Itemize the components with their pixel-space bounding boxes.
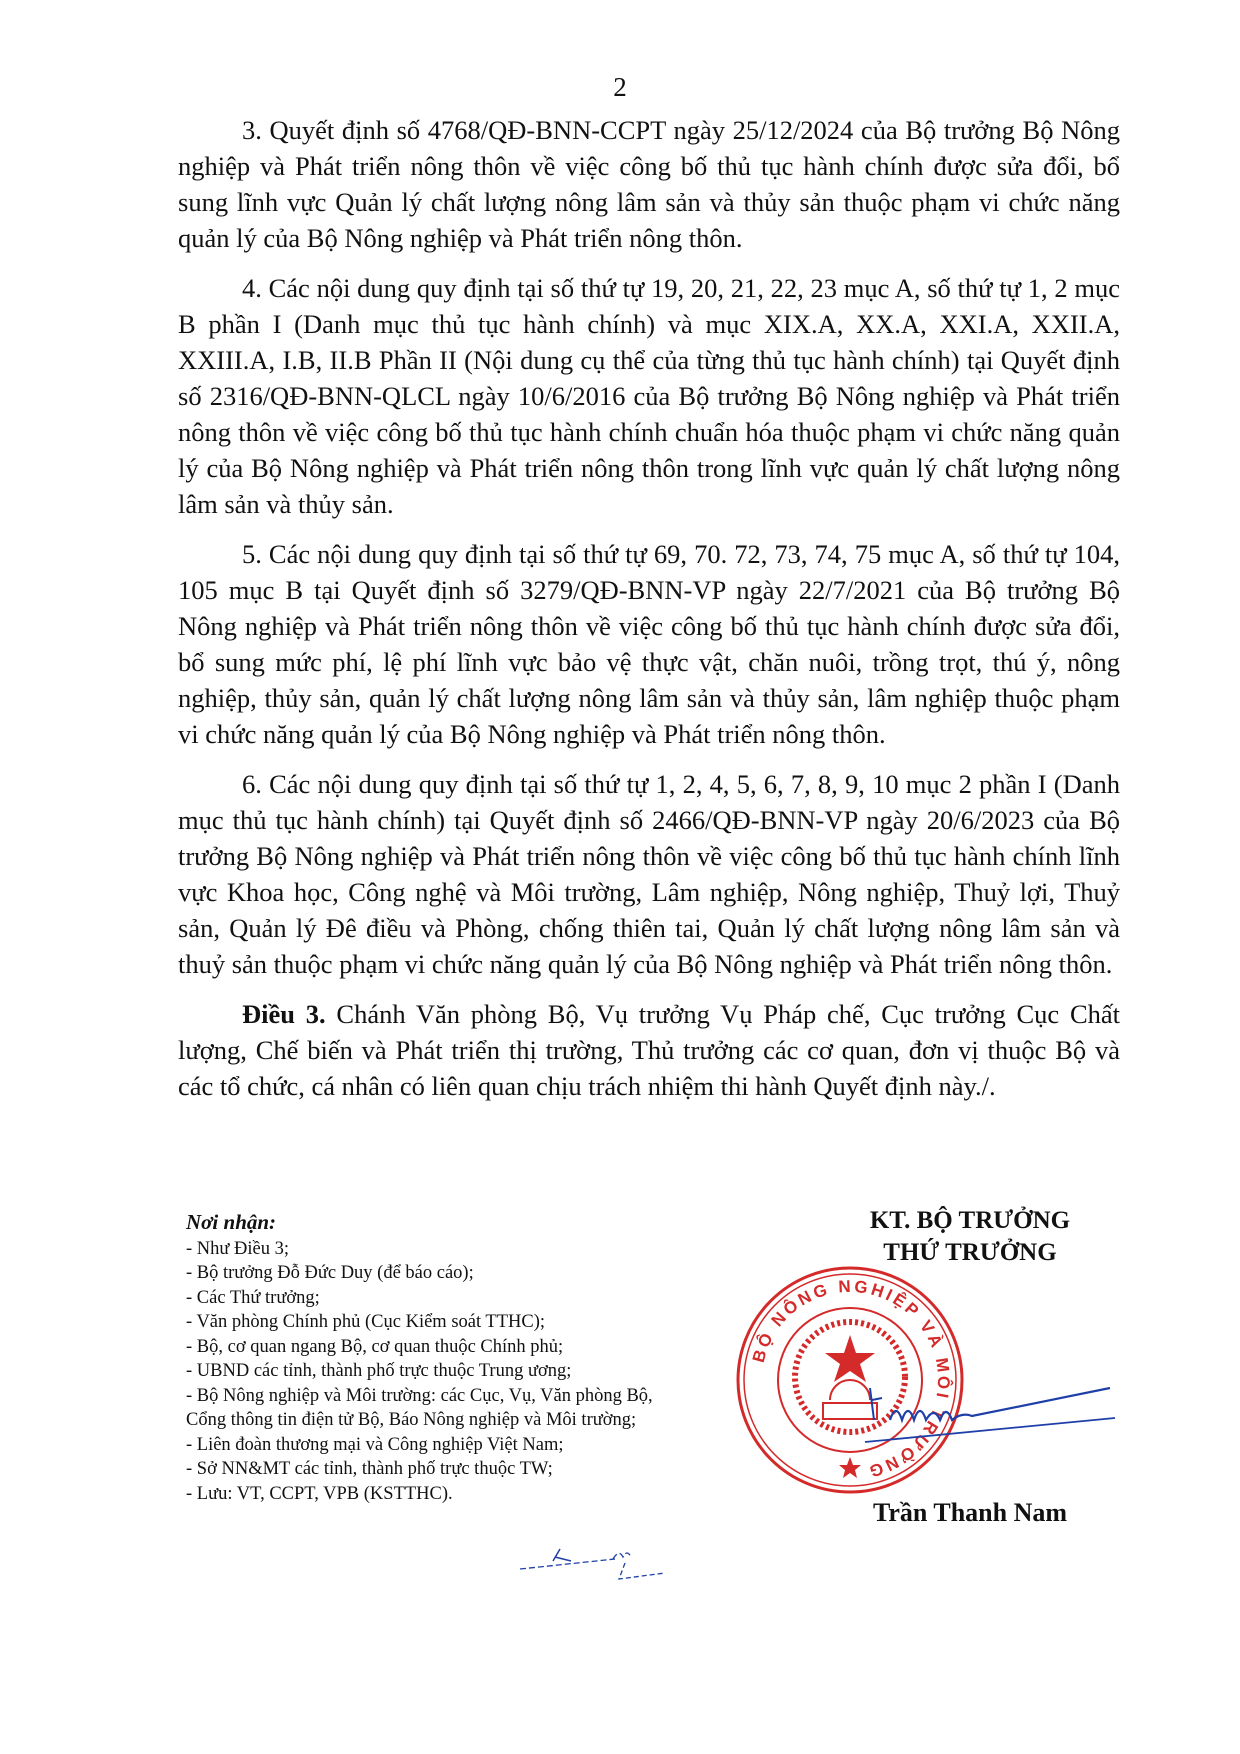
recipient-item: - Các Thứ trưởng; xyxy=(186,1286,746,1311)
paragraph-item-3: 3. Quyết định số 4768/QĐ-BNN-CCPT ngày 2… xyxy=(178,112,1120,256)
paragraph-text: 3. Quyết định số 4768/QĐ-BNN-CCPT ngày 2… xyxy=(178,115,1120,253)
document-body: 3. Quyết định số 4768/QĐ-BNN-CCPT ngày 2… xyxy=(178,112,1120,1118)
recipient-item: - Bộ, cơ quan ngang Bộ, cơ quan thuộc Ch… xyxy=(186,1335,746,1360)
recipients-title: Nơi nhận: xyxy=(186,1210,746,1235)
paragraph-item-5: 5. Các nội dung quy định tại số thứ tự 6… xyxy=(178,536,1120,752)
recipient-item: - Như Điều 3; xyxy=(186,1237,746,1262)
recipient-item: - Bộ Nông nghiệp và Môi trường: các Cục,… xyxy=(186,1384,746,1409)
recipient-item: - Văn phòng Chính phủ (Cục Kiểm soát TTH… xyxy=(186,1310,746,1335)
handwritten-signature-icon xyxy=(860,1380,1120,1450)
initials-mark-icon xyxy=(515,1545,675,1585)
paragraph-text: 5. Các nội dung quy định tại số thứ tự 6… xyxy=(178,539,1120,749)
recipient-item: - Sở NN&MT các tỉnh, thành phố trực thuộ… xyxy=(186,1457,746,1482)
article-3: Điều 3. Chánh Văn phòng Bộ, Vụ trưởng Vụ… xyxy=(178,996,1120,1104)
paragraph-item-6: 6. Các nội dung quy định tại số thứ tự 1… xyxy=(178,766,1120,982)
signer-title-line1: KT. BỘ TRƯỞNG xyxy=(820,1205,1120,1237)
paragraph-text: 6. Các nội dung quy định tại số thứ tự 1… xyxy=(178,769,1120,979)
paragraph-text: 4. Các nội dung quy định tại số thứ tự 1… xyxy=(178,273,1120,519)
recipient-item: Cổng thông tin điện tử Bộ, Báo Nông nghi… xyxy=(186,1408,746,1433)
article-heading: Điều 3. xyxy=(242,999,326,1029)
recipient-item: - Bộ trưởng Đỗ Đức Duy (để báo cáo); xyxy=(186,1261,746,1286)
paragraph-item-4: 4. Các nội dung quy định tại số thứ tự 1… xyxy=(178,270,1120,522)
recipient-item: - UBND các tỉnh, thành phố trực thuộc Tr… xyxy=(186,1359,746,1384)
signer-title-block: KT. BỘ TRƯỞNG THỨ TRƯỞNG xyxy=(820,1205,1120,1269)
page-number: 2 xyxy=(0,72,1240,103)
recipient-item: - Lưu: VT, CCPT, VPB (KSTTHC). xyxy=(186,1482,746,1507)
signer-name: Trần Thanh Nam xyxy=(820,1498,1120,1528)
recipient-item: - Liên đoàn thương mại và Công nghiệp Vi… xyxy=(186,1433,746,1458)
recipients-block: Nơi nhận: - Như Điều 3; - Bộ trưởng Đỗ Đ… xyxy=(186,1210,746,1506)
